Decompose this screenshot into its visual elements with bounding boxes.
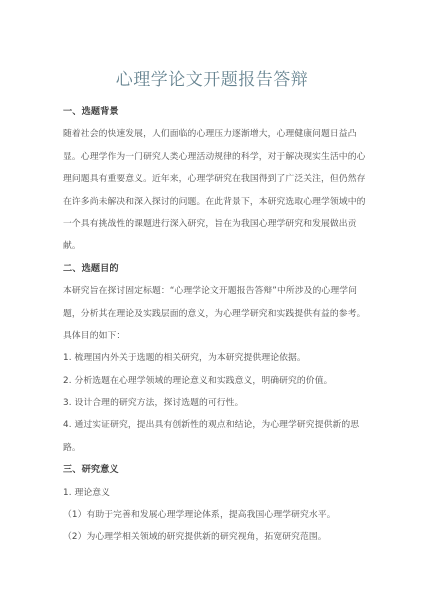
text-line: 显。心理学作为一门研究人类心理活动规律的科学，对于解决现实生活中的心	[63, 146, 362, 168]
text-line: 题，分析其在理论及实践层面的意义，为心理学研究和实践提供有益的参考。	[63, 303, 362, 325]
section-heading: 三、研究意义	[63, 459, 362, 481]
text-line: 1. 梳理国内外关于选题的相关研究，为本研究提供理论依据。	[63, 347, 362, 369]
text-line: 路。	[63, 437, 362, 459]
text-line: （2）为心理学相关领域的研究提供新的研究视角，拓宽研究范围。	[63, 526, 362, 548]
text-line: 3. 设计合理的研究方法，探讨选题的可行性。	[63, 392, 362, 414]
text-line: 本研究旨在探讨固定标题：“心理学论文开题报告答辩”中所涉及的心理学问	[63, 280, 362, 302]
document-title: 心理学论文开题报告答辩	[0, 68, 424, 92]
text-line: 在许多尚未解决和深入探讨的问题。在此背景下，本研究选取心理学领域中的	[63, 191, 362, 213]
text-line: 随着社会的快速发展，人们面临的心理压力逐渐增大，心理健康问题日益凸	[63, 123, 362, 145]
section-heading: 一、选题背景	[63, 101, 362, 123]
text-line: 4. 通过实证研究，提出具有创新性的观点和结论，为心理学研究提供新的思	[63, 414, 362, 436]
text-line: 1. 理论意义	[63, 482, 362, 504]
text-line: 一个具有挑战性的课题进行深入研究，旨在为我国心理学研究和发展做出贡	[63, 213, 362, 235]
text-line: 具体目的如下：	[63, 325, 362, 347]
text-line: 理问题具有重要意义。近年来，心理学研究在我国得到了广泛关注，但仍然存	[63, 168, 362, 190]
document-page: 心理学论文开题报告答辩 一、选题背景随着社会的快速发展，人们面临的心理压力逐渐增…	[0, 0, 424, 600]
section-heading: 二、选题目的	[63, 258, 362, 280]
document-content: 一、选题背景随着社会的快速发展，人们面临的心理压力逐渐增大，心理健康问题日益凸显…	[63, 101, 362, 549]
text-line: （1）有助于完善和发展心理学理论体系，提高我国心理学研究水平。	[63, 504, 362, 526]
text-line: 2. 分析选题在心理学领域的理论意义和实践意义，明确研究的价值。	[63, 370, 362, 392]
text-line: 献。	[63, 235, 362, 257]
